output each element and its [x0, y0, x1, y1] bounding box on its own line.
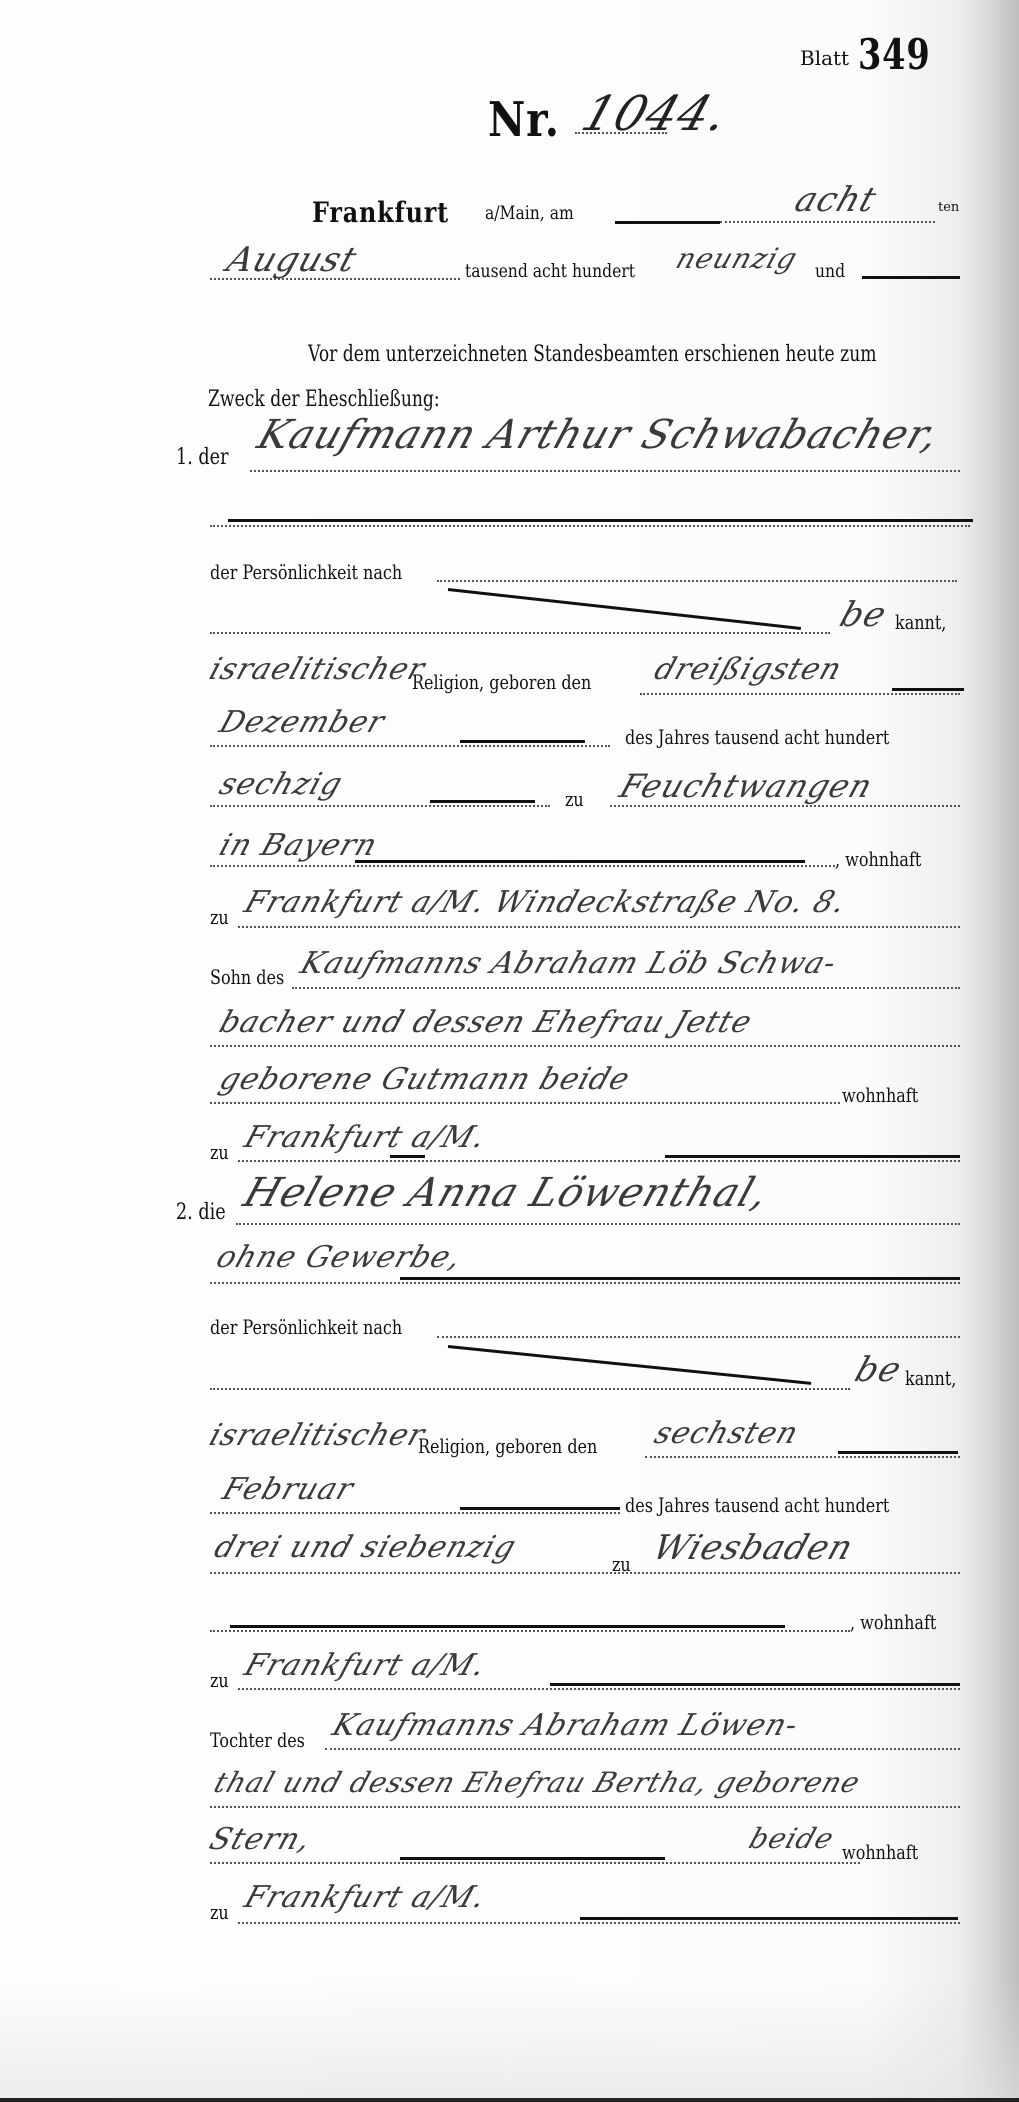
day-rule [615, 221, 720, 224]
groom-parents-line-1-handwritten: Kaufmanns Abraham Löb Schwa- [296, 946, 841, 981]
groom-parents-residence-rule-b [665, 1155, 960, 1158]
bride-parents-both-handwritten: beide [745, 1822, 839, 1855]
groom-birth-month-handwritten: Dezember [215, 705, 389, 740]
bride-residence-handwritten: Frankfurt a/M. [240, 1648, 491, 1683]
bride-number-label: 2. die [176, 1200, 226, 1225]
bride-parents-line-3 [210, 1862, 860, 1864]
bride-birth-day-line [645, 1456, 960, 1458]
bride-known-line [210, 1388, 850, 1390]
bride-occupation-line [210, 1282, 960, 1284]
bride-known-suffix: kannt, [905, 1366, 956, 1390]
groom-birth-month-line [210, 745, 610, 747]
groom-birth-day-line [640, 693, 960, 695]
bride-birth-region-line [210, 1630, 850, 1632]
groom-identity-line [437, 580, 957, 582]
intro-line-1: Vor dem unterzeichneten Standesbeamten e… [308, 342, 877, 367]
groom-residence-handwritten: Frankfurt a/M. Windeckstraße No. 8. [240, 885, 851, 920]
groom-known-line [210, 632, 830, 634]
groom-parents-residence-prefix: zu [210, 1140, 229, 1164]
sheet-number: 349 [858, 30, 931, 79]
year-text-2: und [815, 260, 845, 282]
city-suffix: a/Main, am [485, 202, 574, 224]
bride-birth-month-rule [460, 1507, 620, 1510]
bride-identity-label: der Persönlichkeit nach [210, 1315, 402, 1339]
groom-parents-label: Sohn des [210, 965, 284, 989]
page-bottom-edge [0, 2098, 1019, 2102]
groom-birth-region-line [210, 865, 835, 867]
groom-parents-line-2 [210, 1045, 960, 1047]
bride-parents-line-2-handwritten: thal und dessen Ehefrau Bertha, geborene [210, 1766, 865, 1799]
bride-residence-rule [550, 1683, 960, 1686]
bride-parents-residence-handwritten: Frankfurt a/M. [240, 1880, 491, 1915]
bride-parents-line-3-rule [400, 1857, 665, 1860]
bride-year-label: des Jahres tausend acht hundert [625, 1493, 889, 1517]
sheet-label: Blatt [800, 46, 849, 70]
groom-name-rule-2 [228, 519, 973, 522]
bride-name-line [236, 1223, 960, 1225]
document-page: Blatt 349 Nr. 1044. Frankfurt a/Main, am… [0, 0, 1019, 2102]
groom-parents-line-3 [210, 1102, 840, 1104]
year-rule [862, 276, 960, 279]
groom-parents-line-2-handwritten: bacher und dessen Ehefrau Jette [215, 1005, 757, 1040]
groom-religion-handwritten: israelitischer [205, 652, 430, 687]
groom-parents-residence-line [238, 1160, 960, 1162]
groom-birth-year-handwritten: sechzig [215, 767, 347, 802]
groom-birth-year-rule [430, 800, 535, 803]
bride-parents-residence-line [238, 1922, 960, 1924]
month-handwritten: August [222, 240, 362, 280]
bride-parents-line-1-handwritten: Kaufmanns Abraham Löwen- [328, 1708, 803, 1743]
year-handwritten: neunzig [672, 242, 802, 275]
groom-birth-day-handwritten: dreißigsten [650, 652, 847, 687]
groom-residence-label: , wohnhaft [835, 847, 921, 871]
groom-place-label: zu [565, 787, 584, 811]
bride-parents-residence-rule [580, 1917, 958, 1920]
groom-identity-label: der Persönlichkeit nach [210, 560, 402, 584]
groom-known-handwritten: be [835, 595, 892, 635]
bride-name: Helene Anna Löwenthal, [238, 1170, 775, 1216]
groom-birth-day-rule [892, 688, 964, 691]
groom-birth-year-line [210, 805, 550, 807]
groom-birth-place-line [610, 805, 960, 807]
groom-known-suffix: kannt, [895, 610, 946, 634]
bride-known-handwritten: be [850, 1350, 907, 1390]
bride-birth-place-handwritten: Wiesbaden [648, 1528, 859, 1568]
groom-parents-residence-handwritten: Frankfurt a/M. [240, 1120, 491, 1155]
bride-residence-label: , wohnhaft [850, 1610, 936, 1634]
groom-parents-line-1 [292, 987, 960, 989]
groom-birth-place-handwritten: Feuchtwangen [615, 767, 878, 805]
day-handwritten: acht [790, 180, 882, 220]
bride-birth-year-line [210, 1572, 960, 1574]
groom-parents-line-3-handwritten: geborene Gutmann beide [215, 1062, 635, 1097]
bride-parents-residence-prefix: zu [210, 1900, 229, 1924]
bride-birth-month-handwritten: Februar [218, 1472, 358, 1507]
groom-birth-month-rule [460, 740, 585, 743]
bride-place-label: zu [612, 1552, 631, 1576]
record-number: 1044. [575, 86, 736, 142]
groom-religion-label: Religion, geboren den [412, 670, 591, 694]
groom-year-label: des Jahres tausend acht hundert [625, 725, 889, 749]
groom-birth-region-handwritten: in Bayern [215, 828, 382, 863]
bride-religion-handwritten: israelitischer [205, 1418, 430, 1453]
bride-religion-label: Religion, geboren den [418, 1434, 597, 1458]
record-prefix: Nr. [488, 92, 560, 148]
groom-residence-prefix: zu [210, 905, 229, 929]
bride-birth-year-handwritten: drei und siebenzig [210, 1530, 521, 1565]
city-label: Frankfurt [312, 196, 449, 229]
bride-parents-line-1 [325, 1748, 960, 1750]
groom-name-line-2 [210, 525, 970, 527]
bride-identity-strike [448, 1345, 811, 1385]
year-text-1: tausend acht hundert [465, 260, 635, 282]
day-suffix: ten [938, 200, 959, 215]
groom-name-line [250, 470, 960, 472]
page-shadow [0, 1978, 1019, 2098]
bride-occupation-rule [400, 1277, 960, 1280]
groom-birth-region-rule [355, 860, 805, 863]
bride-parents-line-3-handwritten: Stern, [205, 1822, 316, 1857]
bride-birth-month-line [210, 1512, 620, 1514]
groom-parents-residence-label: wohnhaft [842, 1083, 918, 1107]
bride-identity-line [437, 1336, 960, 1338]
bride-residence-prefix: zu [210, 1668, 229, 1692]
groom-parents-residence-rule-a [390, 1155, 425, 1158]
day-line [720, 221, 935, 223]
bride-parents-line-2 [210, 1806, 960, 1808]
bride-birth-day-handwritten: sechsten [650, 1416, 803, 1451]
groom-identity-strike [448, 588, 801, 630]
groom-residence-line [238, 926, 960, 928]
bride-residence-line [238, 1688, 960, 1690]
groom-number-label: 1. der [176, 445, 228, 470]
bride-parents-residence-label: wohnhaft [842, 1840, 918, 1864]
bride-birth-day-rule [838, 1451, 958, 1454]
groom-name: Kaufmann Arthur Schwabacher, [252, 412, 945, 458]
bride-birth-region-rule [230, 1625, 785, 1628]
intro-line-2: Zweck der Eheschließung: [208, 387, 440, 412]
bride-parents-label: Tochter des [210, 1728, 305, 1752]
bride-occupation-handwritten: ohne Gewerbe, [212, 1240, 466, 1275]
